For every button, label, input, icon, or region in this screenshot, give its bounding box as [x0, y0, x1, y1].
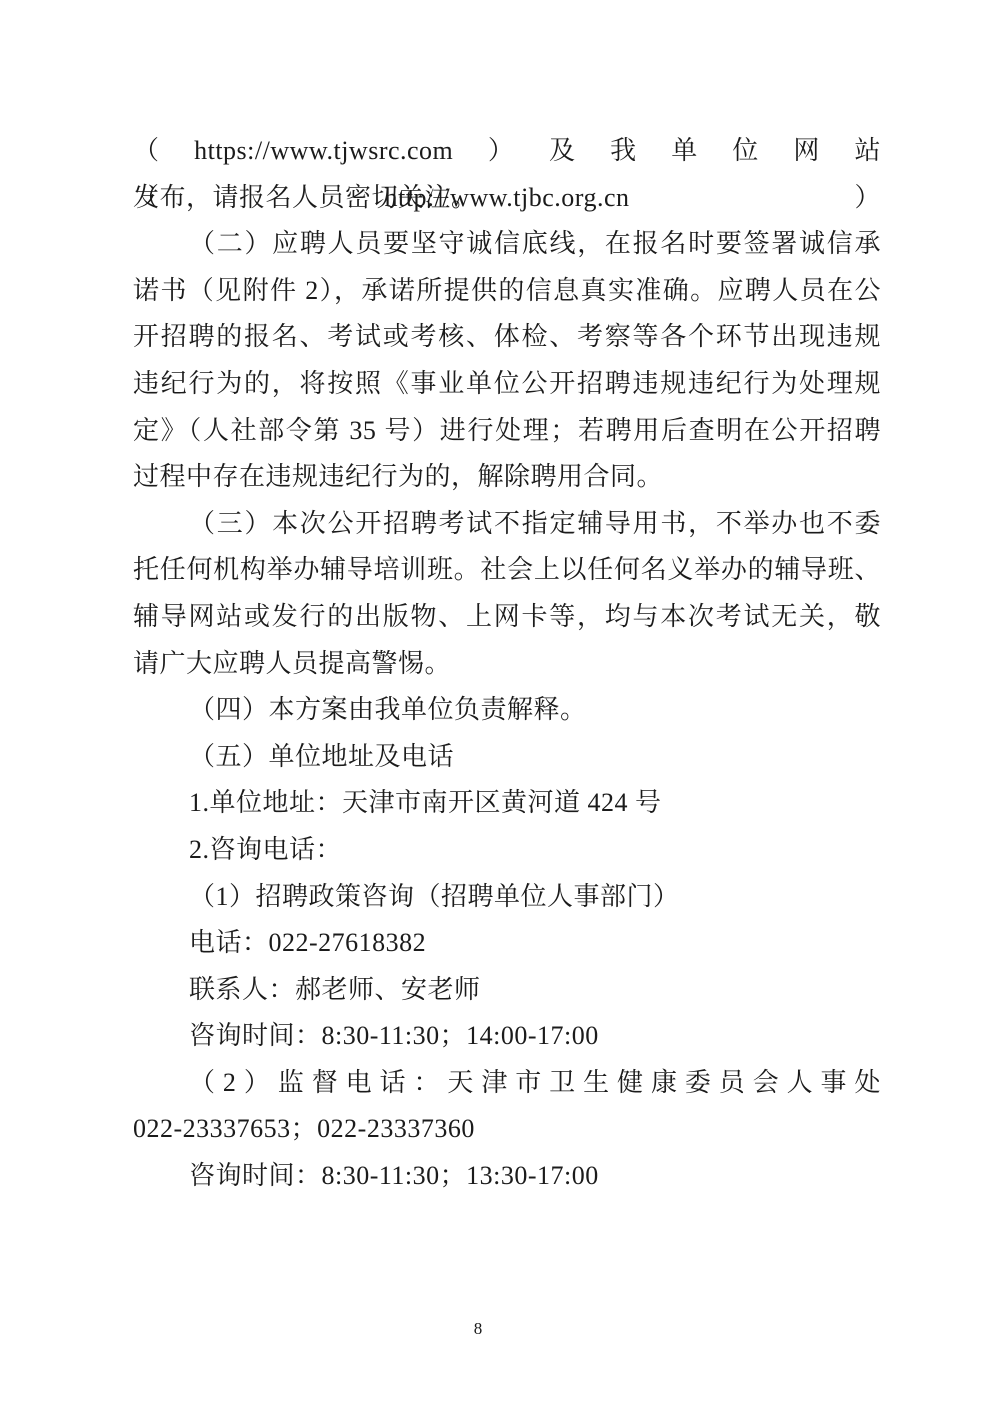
document-page: （https://www.tjwsrc.com）及我单位网站（http://ww…: [0, 0, 1000, 1414]
doc-line: 请广大应聘人员提高警惕。: [133, 641, 881, 688]
doc-line: 诺书（见附件 2），承诺所提供的信息真实准确。应聘人员在公: [133, 268, 881, 315]
doc-line: 开招聘的报名、考试或考核、体检、考察等各个环节出现违规: [133, 314, 881, 361]
doc-line: （https://www.tjwsrc.com）及我单位网站（http://ww…: [133, 128, 881, 175]
doc-line: 咨询时间：8:30-11:30；14:00-17:00: [133, 1013, 881, 1060]
doc-line: 过程中存在违规违纪行为的，解除聘用合同。: [133, 454, 881, 501]
doc-line: 1.单位地址：天津市南开区黄河道 424 号: [133, 780, 881, 827]
document-body: （https://www.tjwsrc.com）及我单位网站（http://ww…: [133, 128, 881, 1200]
doc-line: 违纪行为的，将按照《事业单位公开招聘违规违纪行为处理规: [133, 361, 881, 408]
doc-line: 定》（人社部令第 35 号）进行处理；若聘用后查明在公开招聘: [133, 408, 881, 455]
doc-line: 咨询时间：8:30-11:30；13:30-17:00: [133, 1153, 881, 1200]
doc-line: 022-23337653；022-23337360: [133, 1106, 881, 1153]
doc-line: 电话：022-27618382: [133, 920, 881, 967]
doc-line: 托任何机构举办辅导培训班。社会上以任何名义举办的辅导班、: [133, 547, 881, 594]
doc-line: 2.咨询电话：: [133, 827, 881, 874]
doc-line: 辅导网站或发行的出版物、上网卡等，均与本次考试无关，敬: [133, 594, 881, 641]
doc-line: （1）招聘政策咨询（招聘单位人事部门）: [133, 874, 881, 921]
doc-line: （三）本次公开招聘考试不指定辅导用书，不举办也不委: [133, 501, 881, 548]
doc-line: 联系人：郝老师、安老师: [133, 967, 881, 1014]
doc-line: （五）单位地址及电话: [133, 734, 881, 781]
doc-line: （四）本方案由我单位负责解释。: [133, 687, 881, 734]
doc-line: （2）监督电话：天津市卫生健康委员会人事处: [133, 1060, 881, 1107]
doc-line: （二）应聘人员要坚守诚信底线，在报名时要签署诚信承: [133, 221, 881, 268]
page-number: 8: [0, 1317, 956, 1341]
